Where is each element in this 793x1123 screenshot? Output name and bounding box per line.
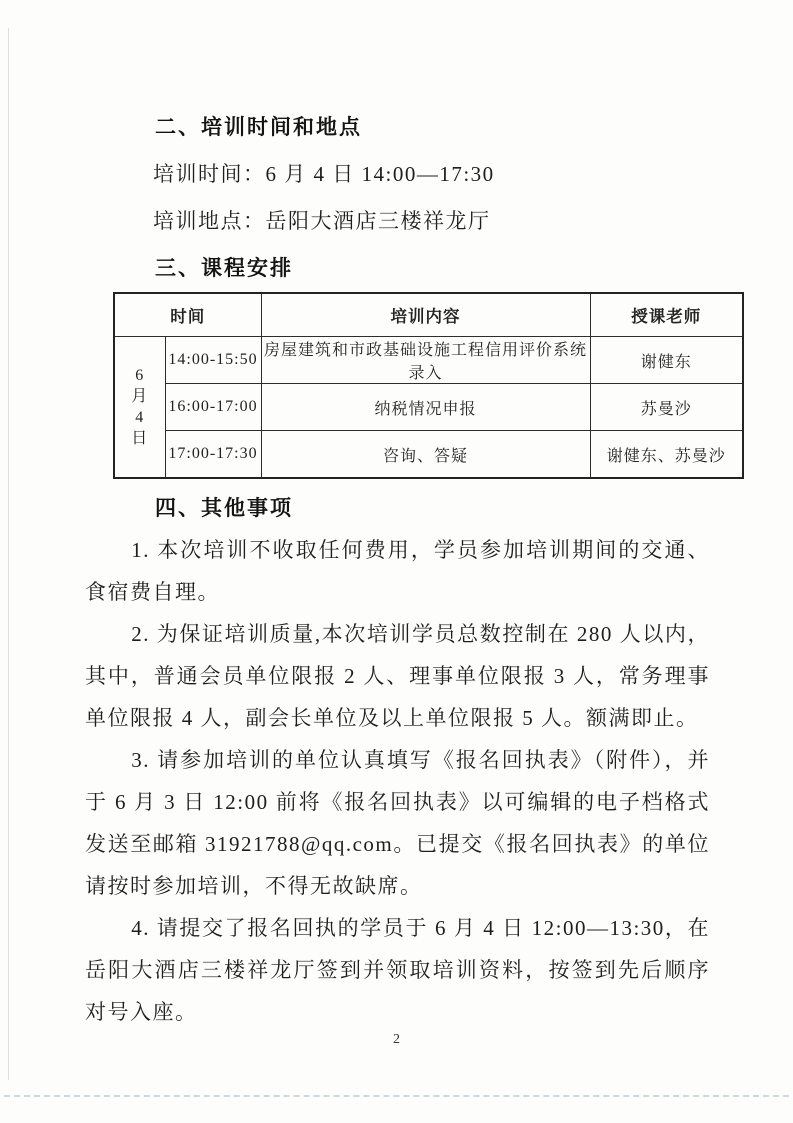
section-heading-training-time-place: 二、培训时间和地点 [85,112,710,142]
scan-edge-artifact-left [8,28,9,1080]
date-char: 4 [115,407,165,428]
schedule-table: 时间 培训内容 授课老师 6 月 4 日 14:00-15:50 房屋建筑和市政… [113,292,744,479]
date-char: 日 [115,428,165,449]
scanned-document-page: { "document": { "section2": { "heading":… [0,0,793,1123]
document-body: 二、培训时间和地点 培训时间：6 月 4 日 14:00—17:30 培训地点：… [85,112,710,1033]
training-time-line: 培训时间：6 月 4 日 14:00—17:30 [85,159,710,189]
scan-edge-artifact-bottom [4,1095,789,1097]
cell-teacher: 苏曼沙 [590,384,743,431]
header-cell-content: 培训内容 [261,293,590,337]
paragraph-item-3: 3. 请参加培训的单位认真填写《报名回执表》（附件），并于 6 月 3 日 12… [85,739,710,907]
section-heading-other-matters: 四、其他事项 [85,493,710,523]
cell-teacher: 谢健东、苏曼沙 [590,431,743,479]
header-cell-teacher: 授课老师 [590,293,743,337]
paragraph-item-1: 1. 本次培训不收取任何费用，学员参加培训期间的交通、食宿费自理。 [85,529,710,613]
cell-time: 17:00-17:30 [165,431,261,479]
table-row: 16:00-17:00 纳税情况申报 苏曼沙 [114,384,743,431]
header-cell-time: 时间 [114,293,261,337]
cell-content: 咨询、答疑 [261,431,590,479]
section-heading-course-schedule: 三、课程安排 [85,253,710,283]
date-cell-june-4: 6 月 4 日 [114,337,165,479]
table-row: 17:00-17:30 咨询、答疑 谢健东、苏曼沙 [114,431,743,479]
cell-time: 16:00-17:00 [165,384,261,431]
schedule-table-header-row: 时间 培训内容 授课老师 [114,293,743,337]
date-char: 6 [115,365,165,386]
cell-time: 14:00-15:50 [165,337,261,384]
page-number: 2 [0,1032,793,1048]
cell-teacher: 谢健东 [590,337,743,384]
paragraph-item-4: 4. 请提交了报名回执的学员于 6 月 4 日 12:00—13:30，在岳阳大… [85,907,710,1033]
date-char: 月 [115,386,165,407]
cell-content: 纳税情况申报 [261,384,590,431]
training-place-line: 培训地点：岳阳大酒店三楼祥龙厅 [85,206,710,236]
paragraph-item-2: 2. 为保证培训质量,本次培训学员总数控制在 280 人以内，其中，普通会员单位… [85,613,710,739]
table-row: 6 月 4 日 14:00-15:50 房屋建筑和市政基础设施工程信用评价系统录… [114,337,743,384]
cell-content: 房屋建筑和市政基础设施工程信用评价系统录入 [261,337,590,384]
